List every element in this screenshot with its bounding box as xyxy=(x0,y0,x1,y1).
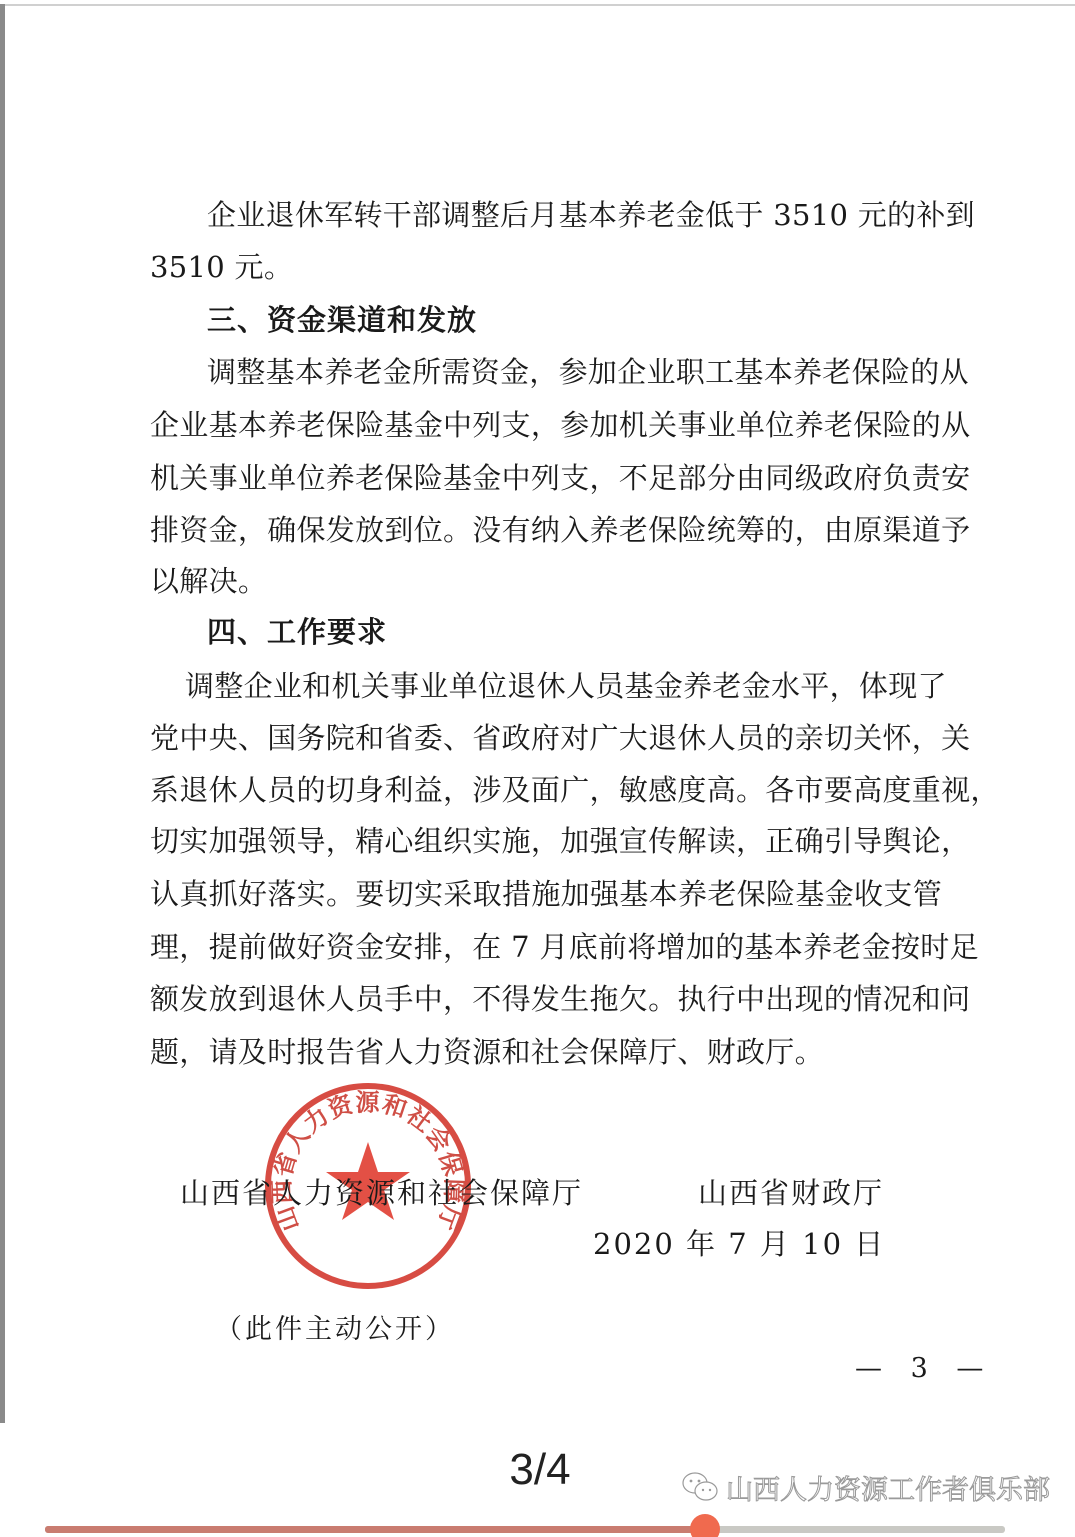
section-heading-funding: 三、资金渠道和发放 xyxy=(207,302,477,338)
paragraph-line: 以解决。 xyxy=(150,563,942,599)
signature-date: 2020 年 7 月 10 日 xyxy=(593,1226,885,1262)
paragraph-line: 调整基本养老金所需资金，参加企业职工基本养老保险的从 xyxy=(207,354,942,390)
progress-fill xyxy=(45,1526,705,1533)
public-disclosure-note: （此件主动公开） xyxy=(215,1313,455,1347)
page-progress-slider[interactable] xyxy=(45,1526,1005,1534)
paragraph-line: 企业退休军转干部调整后月基本养老金低于 3510 元的补到 xyxy=(207,197,942,233)
paragraph-line: 额发放到退休人员手中，不得发生拖欠。执行中出现的情况和问 xyxy=(150,981,942,1017)
paragraph-line: 党中央、国务院和省委、省政府对广大退休人员的亲切关怀，关 xyxy=(150,720,942,756)
watermark: 山西人力资源工作者俱乐部 xyxy=(680,1467,1050,1507)
paragraph-line: 调整企业和机关事业单位退休人员基金养老金水平，体现了 xyxy=(185,668,942,704)
signature-org-hrss: 山西省人力资源和社会保障厅 xyxy=(180,1175,583,1211)
paragraph-line: 题，请及时报告省人力资源和社会保障厅、财政厅。 xyxy=(150,1034,942,1070)
paragraph-line: 排资金，确保发放到位。没有纳入养老保险统筹的，由原渠道予 xyxy=(150,512,942,548)
section-heading-requirements: 四、工作要求 xyxy=(207,614,387,650)
page-number: — 3 — xyxy=(855,1352,993,1386)
paragraph-line: 切实加强领导，精心组织实施，加强宣传解读，正确引导舆论， xyxy=(150,823,942,859)
document-page: 企业退休军转干部调整后月基本养老金低于 3510 元的补到 3510 元。 三、… xyxy=(0,0,1075,1425)
paragraph-line: 认真抓好落实。要切实采取措施加强基本养老保险基金收支管 xyxy=(150,876,942,912)
paragraph-line: 3510 元。 xyxy=(150,249,942,285)
paragraph-line: 系退休人员的切身利益，涉及面广，敏感度高。各市要高度重视， xyxy=(150,772,942,808)
paragraph-line: 机关事业单位养老保险基金中列支，不足部分由同级政府负责安 xyxy=(150,460,942,496)
watermark-text: 山西人力资源工作者俱乐部 xyxy=(726,1468,1050,1507)
page-counter: 3/4 xyxy=(480,1445,600,1495)
paragraph-line: 企业基本养老保险基金中列支，参加机关事业单位养老保险的从 xyxy=(150,407,942,443)
paragraph-line: 理，提前做好资金安排，在 7 月底前将增加的基本养老金按时足 xyxy=(150,929,942,965)
wechat-icon xyxy=(680,1469,720,1505)
signature-org-finance: 山西省财政厅 xyxy=(698,1175,884,1211)
